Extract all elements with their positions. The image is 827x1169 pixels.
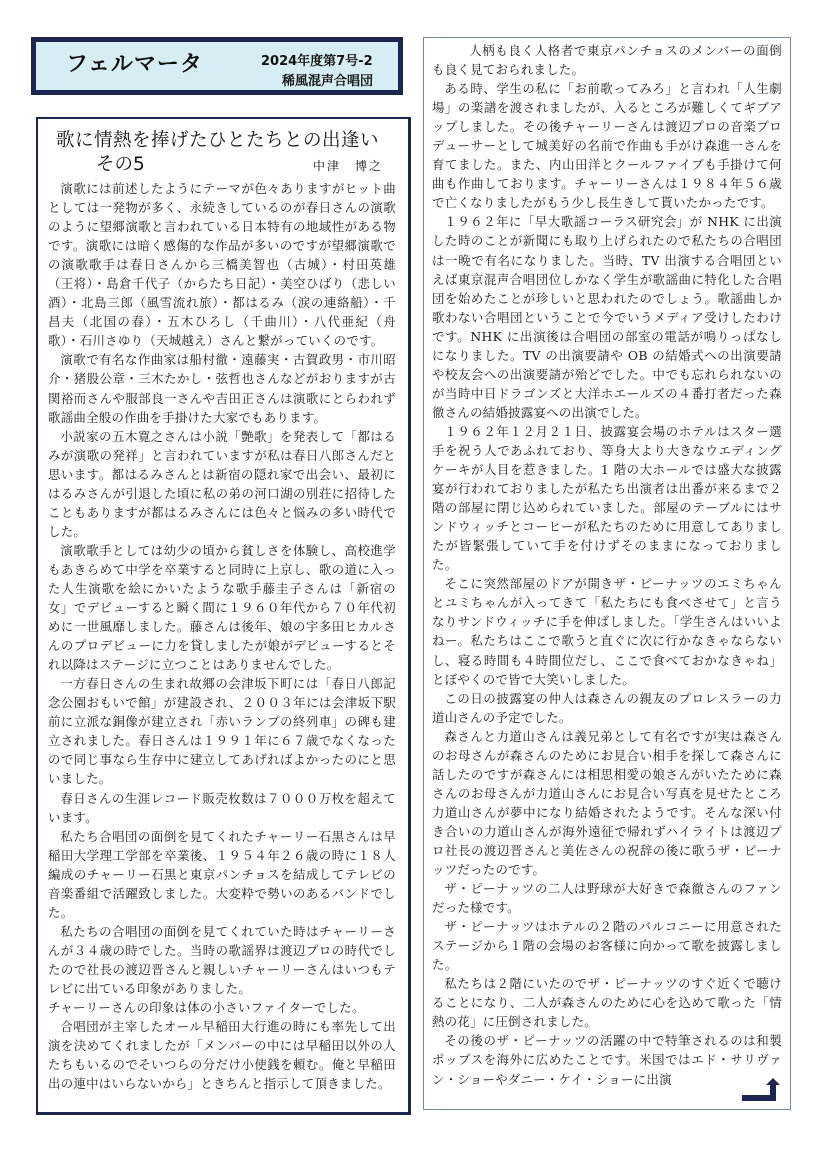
article-right-column: 人柄も良く人格者で東京パンチョスのメンバーの面倒も良く見ておられました。 ある時… bbox=[423, 37, 791, 1110]
issue-number: 2024年度第7号-2 bbox=[261, 50, 373, 69]
paragraph: 合唱団が主宰したオール早稲田大行進の時にも率先して出演を決めてくれましたが「メン… bbox=[48, 1017, 396, 1093]
paragraph: 演歌で有名な作曲家は船村徹・遠藤実・古賀政男・市川昭介・猪股公章・三木たかし・弦… bbox=[48, 350, 396, 426]
paragraph: 私たちは２階にいたのでザ・ピーナッツのすぐ近くで聴けることになり、二人が森さんの… bbox=[432, 974, 782, 1031]
continue-arrow-icon bbox=[740, 1077, 782, 1103]
paragraph: 人柄も良く人格者で東京パンチョスのメンバーの面倒も良く見ておられました。 bbox=[432, 41, 782, 79]
paragraph: １９６２年に「早大歌謡コーラス研究会」が NHK に出演した時のことが新聞にも取… bbox=[432, 212, 782, 422]
paragraph: 演歌歌手としては幼少の頃から貧しさを体験し、高校進学もあきらめて中学を卒業すると… bbox=[48, 541, 396, 674]
newsletter-title: フェルマータ bbox=[66, 47, 203, 78]
paragraph: 私たちの合唱団の面倒を見てくれていた時はチャーリーさんが３４歳の時でした。当時の… bbox=[48, 922, 396, 998]
paragraph: ザ・ピーナッツの二人は野球が大好きで森徹さんのファンだった様です。 bbox=[432, 879, 782, 917]
article-body-right: 人柄も良く人格者で東京パンチョスのメンバーの面倒も良く見ておられました。 ある時… bbox=[432, 41, 782, 1089]
paragraph: その後のザ・ピーナッツの活躍の中で特筆されるのは和製ポップスを海外に広めたことで… bbox=[432, 1031, 782, 1088]
article-title: 歌に情熱を捧げたひとたちとの出逢い bbox=[56, 126, 379, 152]
paragraph: 私たち合唱団の面倒を見てくれたチャーリー石黒さんは早稲田大学理工学部を卒業後、１… bbox=[48, 827, 396, 922]
article-author: 中津 博之 bbox=[313, 157, 383, 174]
article-subtitle: その5 bbox=[96, 150, 145, 176]
paragraph: 一方春日さんの生まれ故郷の会津坂下町には「春日八郎記念公園おもいで館」が建設され… bbox=[48, 674, 396, 788]
paragraph: この日の披露宴の仲人は森さんの親友のプロレスラーの力道山さんの予定でした。 bbox=[432, 689, 782, 727]
paragraph: ある時、学生の私に「お前歌ってみろ」と言われ「人生劇場」の楽譜を渡されましたが、… bbox=[432, 79, 782, 212]
paragraph: 小説家の五木寛之さんは小説「艶歌」を発表して「都はるみが演歌の発祥」と言われてい… bbox=[48, 427, 396, 541]
paragraph: １９６２年１２月２１日、披露宴会場のホテルはスター選手を祝う人であふれており、等… bbox=[432, 422, 782, 574]
paragraph: そこに突然部屋のドアが開きザ・ピーナッツのエミちゃんとユミちゃんが入ってきて「私… bbox=[432, 574, 782, 688]
article-left-column: 歌に情熱を捧げたひとたちとの出逢い その5 中津 博之 演歌には前述したようにテ… bbox=[36, 117, 411, 1115]
paragraph: 森さんと力道山さんは義兄弟として有名ですが実は森さんのお母さんが森さんのためにお… bbox=[432, 727, 782, 879]
article-body-left: 演歌には前述したようにテーマが色々ありますがヒット曲としては一発物が多く、永続き… bbox=[48, 179, 396, 1093]
paragraph: ザ・ピーナッツはホテルの２階のバルコニーに用意されたステージから１階の会場のお客… bbox=[432, 917, 782, 974]
choir-name: 稀風混声合唱団 bbox=[282, 70, 373, 89]
paragraph: 演歌には前述したようにテーマが色々ありますがヒット曲としては一発物が多く、永続き… bbox=[48, 179, 396, 350]
paragraph: チャーリーさんの印象は体の小さいファイターでした。 bbox=[48, 998, 396, 1017]
newsletter-header: フェルマータ 2024年度第7号-2 稀風混声合唱団 bbox=[31, 37, 403, 95]
paragraph: 春日さんの生涯レコード販売枚数は７０００万枚を超えています。 bbox=[48, 789, 396, 827]
